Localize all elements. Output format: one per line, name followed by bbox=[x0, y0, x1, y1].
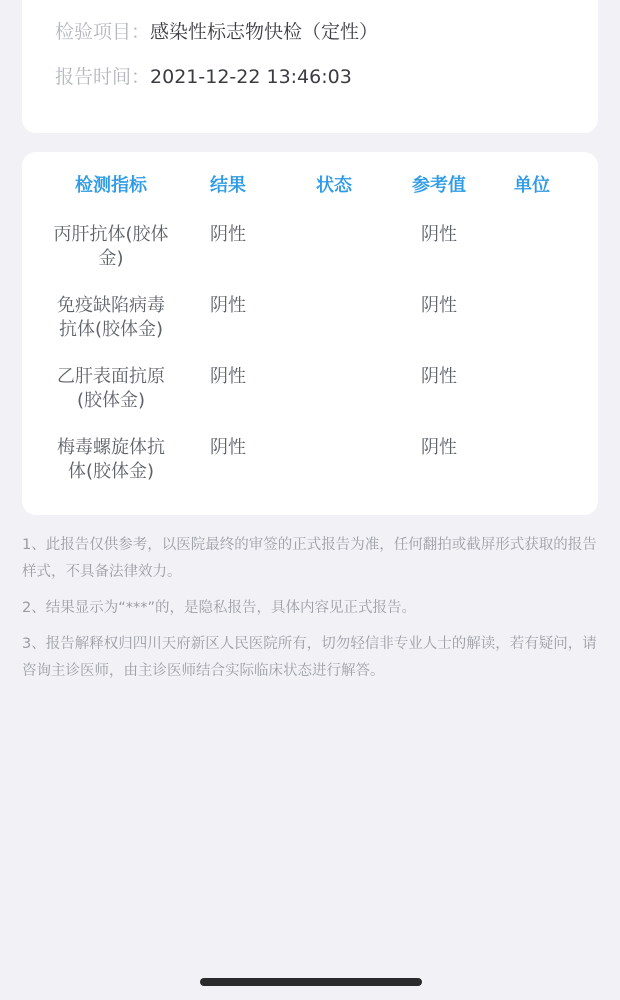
indicator-name-line: 免疫缺陷病毒 bbox=[46, 294, 176, 318]
test-item-value: 感染性标志物快检（定性） bbox=[150, 21, 378, 43]
lab-report-page: 检验项目：感染性标志物快检（定性） 报告时间：2021-12-22 13:46:… bbox=[0, 0, 620, 1000]
header-result: 结果 bbox=[210, 174, 246, 198]
indicator-name: 梅毒螺旋体抗 体(胶体金) bbox=[46, 436, 176, 484]
indicator-name-line: 抗体(胶体金) bbox=[46, 318, 176, 342]
indicator-name-line: 丙肝抗体(胶体 bbox=[46, 223, 176, 247]
table-header: 检测指标 结果 状态 参考值 单位 bbox=[22, 174, 598, 200]
test-item-label: 检验项目： bbox=[55, 21, 150, 43]
note-3: 3、报告解释权归四川天府新区人民医院所有，切勿轻信非专业人士的解读，若有疑问，请… bbox=[22, 631, 600, 685]
indicator-name: 乙肝表面抗原 (胶体金) bbox=[46, 365, 176, 413]
report-time-label: 报告时间： bbox=[55, 66, 150, 88]
indicator-name-line: 乙肝表面抗原 bbox=[46, 365, 176, 389]
result-value: 阴性 bbox=[210, 436, 246, 460]
result-value: 阴性 bbox=[210, 365, 246, 389]
indicator-name: 丙肝抗体(胶体 金) bbox=[46, 223, 176, 271]
test-item-row: 检验项目：感染性标志物快检（定性） bbox=[55, 19, 378, 45]
reference-value: 阴性 bbox=[421, 223, 457, 247]
report-time-row: 报告时间：2021-12-22 13:46:03 bbox=[55, 64, 352, 90]
report-time-value: 2021-12-22 13:46:03 bbox=[150, 66, 352, 88]
header-unit: 单位 bbox=[514, 174, 550, 198]
report-info-card: 检验项目：感染性标志物快检（定性） 报告时间：2021-12-22 13:46:… bbox=[22, 0, 598, 133]
home-indicator[interactable] bbox=[200, 978, 422, 986]
indicator-name-line: 金) bbox=[46, 247, 176, 271]
header-indicator: 检测指标 bbox=[46, 174, 176, 198]
reference-value: 阴性 bbox=[421, 436, 457, 460]
header-reference: 参考值 bbox=[412, 174, 466, 198]
results-table-card: 检测指标 结果 状态 参考值 单位 丙肝抗体(胶体 金) 阴性 阴性 免疫缺陷病… bbox=[22, 152, 598, 515]
indicator-name: 免疫缺陷病毒 抗体(胶体金) bbox=[46, 294, 176, 342]
indicator-name-line: 体(胶体金) bbox=[46, 460, 176, 484]
note-1: 1、此报告仅供参考，以医院最终的审签的正式报告为准，任何翻拍或截屏形式获取的报告… bbox=[22, 532, 600, 586]
report-notes: 1、此报告仅供参考，以医院最终的审签的正式报告为准，任何翻拍或截屏形式获取的报告… bbox=[22, 532, 600, 694]
indicator-name-line: 梅毒螺旋体抗 bbox=[46, 436, 176, 460]
note-2: 2、结果显示为“***”的，是隐私报告，具体内容见正式报告。 bbox=[22, 595, 600, 622]
reference-value: 阴性 bbox=[421, 365, 457, 389]
reference-value: 阴性 bbox=[421, 294, 457, 318]
indicator-name-line: (胶体金) bbox=[46, 389, 176, 413]
result-value: 阴性 bbox=[210, 294, 246, 318]
header-status: 状态 bbox=[316, 174, 352, 198]
result-value: 阴性 bbox=[210, 223, 246, 247]
